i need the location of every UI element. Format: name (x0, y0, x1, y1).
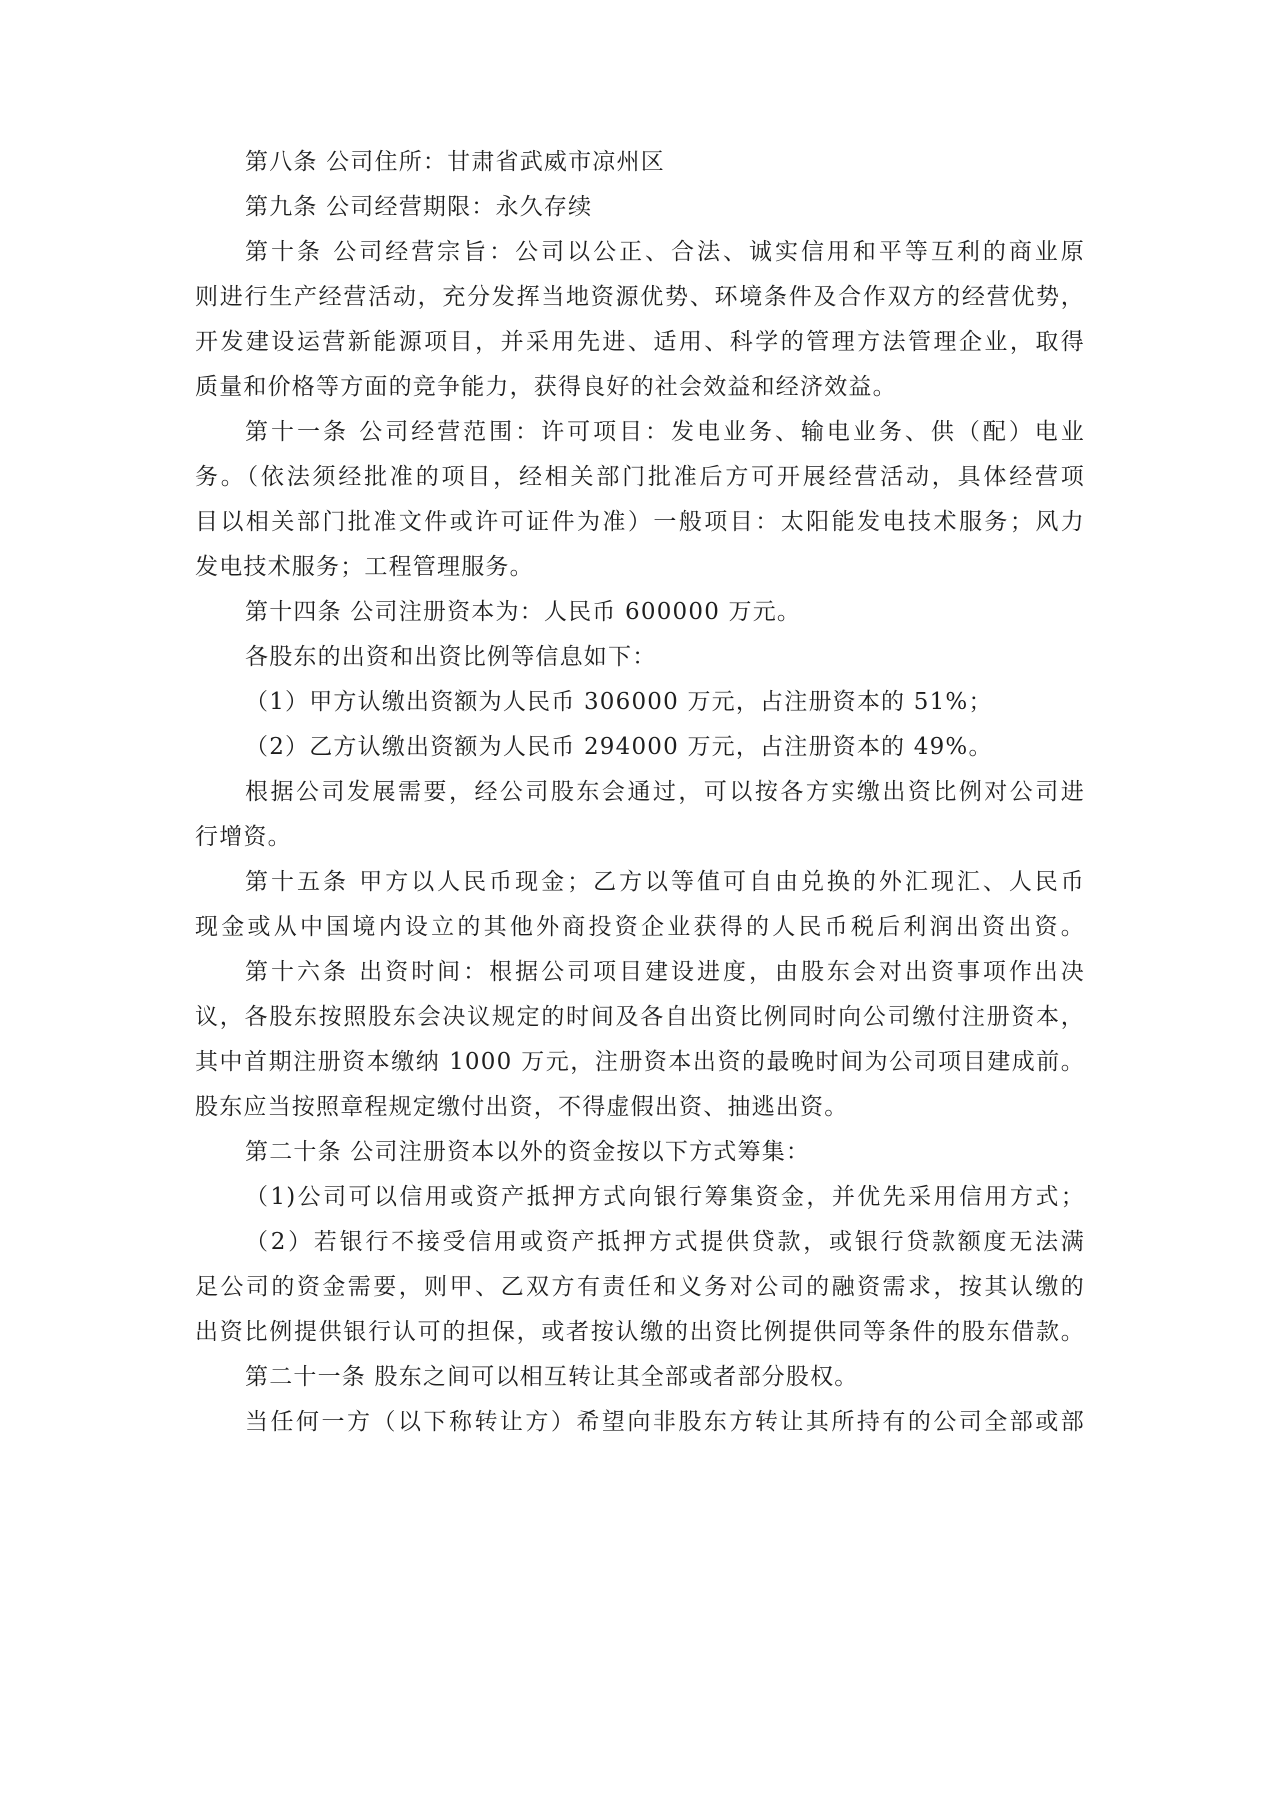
article-14-capital: 第十四条 公司注册资本为：人民币 600000 万元。 (245, 590, 1145, 635)
article-16-line-2: 议，各股东按照股东会决议规定的时间及各自出资比例同时向公司缴付注册资本， (195, 995, 1085, 1040)
shareholder-intro: 各股东的出资和出资比例等信息如下： (245, 635, 1145, 680)
article-15-line-2: 现金或从中国境内设立的其他外商投资企业获得的人民币税后利润出资出资。 (195, 905, 1085, 950)
article-9-term: 第九条 公司经营期限：永久存续 (245, 185, 1145, 230)
article-20-item-1: （1)公司可以信用或资产抵押方式向银行筹集资金，并优先采用信用方式； (245, 1175, 1085, 1220)
article-20-item-2-line-1: （2）若银行不接受信用或资产抵押方式提供贷款，或银行贷款额度无法满 (245, 1220, 1085, 1265)
shareholder-b: （2）乙方认缴出资额为人民币 294000 万元，占注册资本的 49%。 (245, 725, 1145, 770)
article-11-line-2: 务。（依法须经批准的项目，经相关部门批准后方可开展经营活动，具体经营项 (195, 455, 1085, 500)
article-20-item-2-line-3: 出资比例提供银行认可的担保，或者按认缴的出资比例提供同等条件的股东借款。 (195, 1310, 1085, 1355)
article-10-line-2: 则进行生产经营活动，充分发挥当地资源优势、环境条件及合作双方的经营优势， (195, 275, 1085, 320)
article-15-line-1: 第十五条 甲方以人民币现金；乙方以等值可自由兑换的外汇现汇、人民币 (245, 860, 1085, 905)
article-10-line-1: 第十条 公司经营宗旨：公司以公正、合法、诚实信用和平等互利的商业原 (245, 230, 1085, 275)
article-20-item-2-line-2: 足公司的资金需要，则甲、乙双方有责任和义务对公司的融资需求，按其认缴的 (195, 1265, 1085, 1310)
article-10-line-4: 质量和价格等方面的竞争能力，获得良好的社会效益和经济效益。 (195, 365, 1095, 410)
article-20-intro: 第二十条 公司注册资本以外的资金按以下方式筹集： (245, 1130, 1145, 1175)
shareholder-a: （1）甲方认缴出资额为人民币 306000 万元，占注册资本的 51%； (245, 680, 1145, 725)
article-8-address: 第八条 公司住所：甘肃省武威市凉州区 (245, 140, 1145, 185)
capital-increase-line-1: 根据公司发展需要，经公司股东会通过，可以按各方实缴出资比例对公司进 (245, 770, 1085, 815)
article-21-transfer: 第二十一条 股东之间可以相互转让其全部或者部分股权。 (245, 1355, 1145, 1400)
article-16-line-3: 其中首期注册资本缴纳 1000 万元，注册资本出资的最晚时间为公司项目建成前。 (195, 1040, 1085, 1085)
article-16-line-1: 第十六条 出资时间：根据公司项目建设进度，由股东会对出资事项作出决 (245, 950, 1085, 995)
article-16-line-4: 股东应当按照章程规定缴付出资，不得虚假出资、抽逃出资。 (195, 1085, 1095, 1130)
article-11-line-3: 目以相关部门批准文件或许可证件为准）一般项目：太阳能发电技术服务；风力 (195, 500, 1085, 545)
article-10-line-3: 开发建设运营新能源项目，并采用先进、适用、科学的管理方法管理企业，取得 (195, 320, 1085, 365)
capital-increase-line-2: 行增资。 (195, 815, 1095, 860)
document-page: 第八条 公司住所：甘肃省武威市凉州区 第九条 公司经营期限：永久存续 第十条 公… (0, 0, 1280, 1810)
article-11-line-4: 发电技术服务；工程管理服务。 (195, 545, 1095, 590)
article-11-line-1: 第十一条 公司经营范围：许可项目：发电业务、输电业务、供（配）电业 (245, 410, 1085, 455)
transfer-clause-line-1: 当任何一方（以下称转让方）希望向非股东方转让其所持有的公司全部或部 (245, 1400, 1085, 1445)
